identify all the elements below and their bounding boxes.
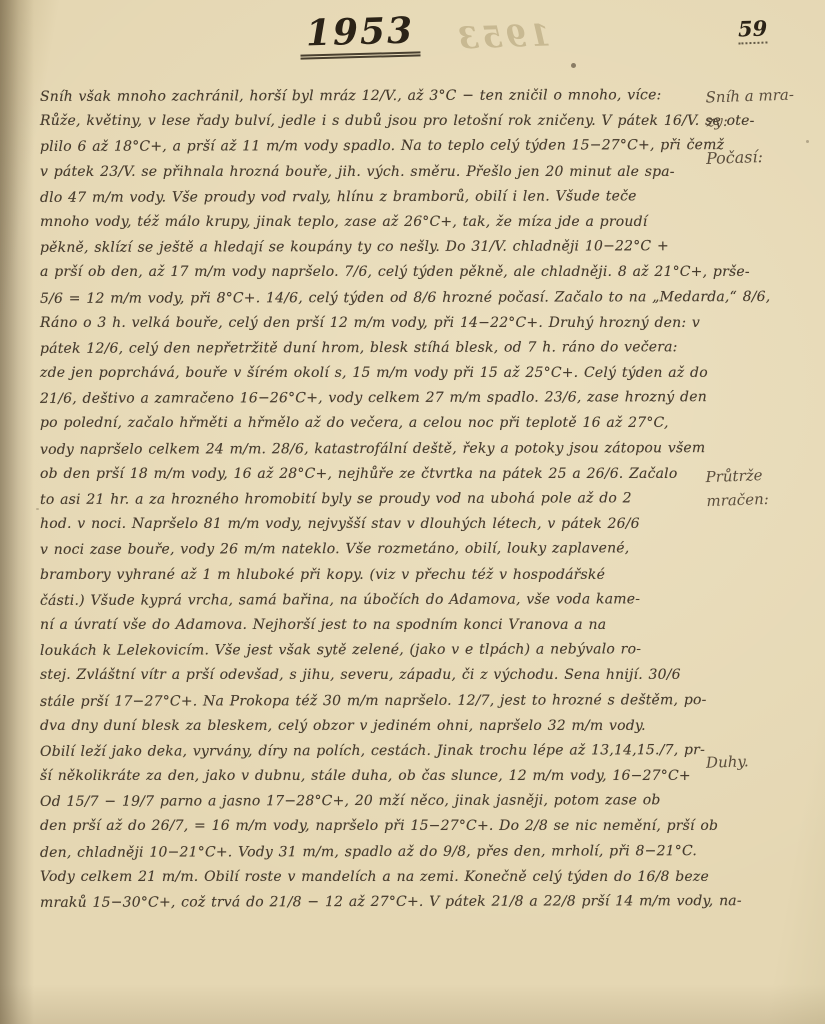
handwritten-line: v noci zase bouře, vody 26 m/m nateklo. … <box>40 537 702 564</box>
paper-speck <box>571 63 576 68</box>
handwritten-line: plilo 6 až 18°C+, a prší až 11 m/m vody … <box>40 134 702 161</box>
handwritten-line: stej. Zvláštní vítr a prší odevšad, s ji… <box>40 663 702 688</box>
margin-annotations-column: Sníh a mra- zy: Počasí: Průtrže mračen: … <box>702 0 820 1024</box>
handwritten-line: den prší až do 26/7, = 16 m/m vody, napr… <box>40 814 702 839</box>
handwritten-line: dlo 47 m/m vody. Vše proudy vod rvaly, h… <box>40 184 702 211</box>
handwritten-line: mraků 15−30°C+, což trvá do 21/8 − 12 až… <box>40 889 702 916</box>
handwritten-line: ob den prší 18 m/m vody, 16 až 28°C+, ne… <box>40 462 702 487</box>
handwritten-line: dva dny duní blesk za bleskem, celý obzo… <box>40 714 702 739</box>
handwritten-line: den, chladněji 10−21°C+. Vody 31 m/m, sp… <box>40 839 702 866</box>
margin-note-weather: Počasí: <box>706 145 764 171</box>
margin-note-snow-frosts: Sníh a mra- zy: <box>705 82 795 133</box>
book-gutter-shadow <box>0 0 34 1024</box>
handwritten-line: ní a úvratí vše do Adamova. Nejhorší jes… <box>40 613 702 638</box>
handwritten-line: stále prší 17−27°C+. Na Prokopa též 30 m… <box>40 688 702 715</box>
handwritten-line: Obilí leží jako deka, vyrvány, díry na p… <box>40 738 702 765</box>
handwritten-line: Vody celkem 21 m/m. Obilí roste v mandel… <box>40 865 702 890</box>
chronicle-page: 59 1953 1953 Sníh však mnoho zachránil, … <box>0 0 825 1024</box>
paper-speck <box>36 508 39 510</box>
handwritten-line: hod. v noci. Napršelo 81 m/m vody, nejvy… <box>40 512 702 537</box>
handwritten-line: ší několikráte za den, jako v dubnu, stá… <box>40 764 702 789</box>
handwritten-line: pěkně, sklízí se ještě a hledají se koup… <box>40 234 702 261</box>
handwritten-line: Sníh však mnoho zachránil, horší byl mrá… <box>40 83 702 110</box>
handwritten-line: Ráno o 3 h. velká bouře, celý den prší 1… <box>40 311 702 336</box>
margin-note-rainbows: Duhy. <box>706 749 749 774</box>
handwritten-line: zde jen poprchává, bouře v šírém okolí s… <box>40 361 702 386</box>
margin-note-cloudbursts: Průtrže mračen: <box>705 463 769 513</box>
handwritten-body: Sníh však mnoho zachránil, horší byl mrá… <box>40 84 702 915</box>
handwritten-line: v pátek 23/V. se přihnala hrozná bouře, … <box>40 160 702 185</box>
handwritten-line: Od 15/7 − 19/7 parno a jasno 17−28°C+, 2… <box>40 788 702 815</box>
page-title-year: 1953 <box>299 12 420 59</box>
handwritten-line: pátek 12/6, celý den nepřetržitě duní hr… <box>40 335 702 362</box>
handwritten-line: a prší ob den, až 17 m/m vody napršelo. … <box>40 260 702 285</box>
handwritten-line: 5/6 = 12 m/m vody, při 8°C+. 14/6, celý … <box>40 285 702 312</box>
handwritten-line: po polední, začalo hřměti a hřmělo až do… <box>40 411 702 436</box>
handwritten-line: mnoho vody, též málo krupy, jinak teplo,… <box>40 210 702 235</box>
handwritten-line: Růže, květiny, v lese řady bulví, jedle … <box>40 109 702 134</box>
handwritten-line: loukách k Lelekovicím. Vše jest však syt… <box>40 637 702 664</box>
handwritten-line: brambory vyhrané až 1 m hluboké při kopy… <box>40 563 702 588</box>
handwritten-line: to asi 21 hr. a za hrozného hromobití by… <box>40 486 702 513</box>
handwritten-line: vody napršelo celkem 24 m/m. 28/6, katas… <box>40 436 702 463</box>
handwritten-line: části.) Všude kyprá vrcha, samá bařina, … <box>40 587 702 614</box>
handwritten-line: 21/6, deštivo a zamračeno 16−26°C+, vody… <box>40 385 702 412</box>
title-wrap: 1953 <box>0 14 720 58</box>
